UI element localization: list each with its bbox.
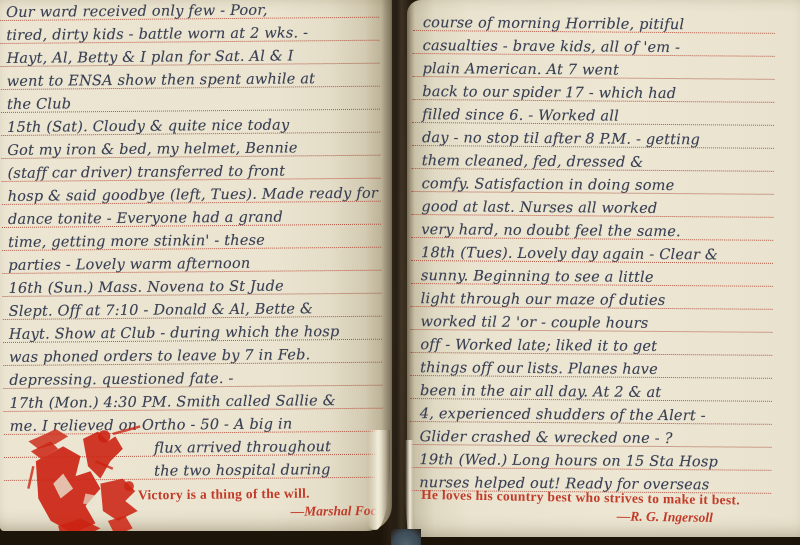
ruled-line-row: hosp & said goodbye (left, Tues). Made r… xyxy=(2,179,381,205)
ruled-line-row: the Club xyxy=(1,87,380,113)
ruled-line-row: 4, experienced shudders of the Alert - xyxy=(410,399,772,425)
handwriting-text: 18th (Tues). Lovely day again - Clear & xyxy=(421,246,718,263)
battle-scene-stamp-icon xyxy=(24,424,152,531)
ruled-line-row: very hard, no doubt feel the same. xyxy=(411,215,773,241)
handwriting-text: Hayt, Al, Betty & I plan for Sat. Al & I xyxy=(6,49,293,66)
right-quote-attribution: —R. G. Ingersoll xyxy=(421,505,773,527)
ruled-line-row: back to our spider 17 - which had xyxy=(412,77,774,103)
ruled-line-row: been in the air all day. At 2 & at xyxy=(410,376,772,402)
ruled-line-row: them cleaned, fed, dressed & xyxy=(412,146,774,172)
handwriting-text: back to our spider 17 - which had xyxy=(422,85,676,101)
handwriting-text: Glider crashed & wrecked one - ? xyxy=(420,430,673,446)
handwriting-text: dance tonite - Everyone had a grand xyxy=(8,210,283,227)
ruled-line-row: 19th (Wed.) Long hours on 15 Sta Hosp xyxy=(409,445,771,471)
handwriting-text: plain American. At 7 went xyxy=(422,62,619,78)
handwriting-text: very hard, no doubt feel the same. xyxy=(421,223,681,240)
table-surface-gap xyxy=(391,529,421,545)
ruled-line-row: Hayt, Al, Betty & I plan for Sat. Al & I xyxy=(0,41,379,67)
left-page-ruled-lines: Our ward received only few - Poor,tired,… xyxy=(0,0,383,481)
handwriting-text: (staff car driver) transferred to front xyxy=(7,164,285,181)
left-page-quote: Victory is a thing of the will. —Marshal… xyxy=(138,485,392,522)
left-quote-text: Victory is a thing of the will. xyxy=(138,485,392,504)
handwriting-text: 19th (Wed.) Long hours on 15 Sta Hosp xyxy=(419,453,718,470)
ruled-line-row: off - Worked late; liked it to get xyxy=(410,330,772,356)
handwriting-text: comfy. Satisfaction in doing some xyxy=(422,177,675,193)
handwriting-text: depressing. questioned fate. - xyxy=(9,371,233,387)
ruled-line-row: was phoned orders to leave by 7 in Feb. xyxy=(3,340,382,366)
handwriting-text: light through our maze of duties xyxy=(421,292,666,308)
ruled-line-row: depressing. questioned fate. - xyxy=(3,363,382,389)
ruled-line-row: 17th (Mon.) 4:30 PM. Smith called Sallie… xyxy=(3,386,382,412)
right-page-ruled-lines: course of morning Horrible, pitifulcasua… xyxy=(409,8,775,494)
left-page: Our ward received only few - Poor,tired,… xyxy=(0,0,392,531)
handwriting-text: 15th (Sat). Cloudy & quite nice today xyxy=(7,118,289,135)
handwriting-text: 17th (Mon.) 4:30 PM. Smith called Sallie… xyxy=(9,394,335,411)
handwriting-text: 16th (Sun.) Mass. Novena to St Jude xyxy=(8,279,283,296)
handwriting-text: Hayt. Show at Club - during which the ho… xyxy=(9,325,340,342)
handwriting-text: the two hospital during xyxy=(154,463,331,479)
ruled-line-row: filled since 6. - Worked all xyxy=(412,100,774,126)
ruled-line-row: casualties - brave kids, all of 'em - xyxy=(413,31,775,57)
ruled-line-row: course of morning Horrible, pitiful xyxy=(413,8,775,34)
handwriting-text: day - no stop til after 8 P.M. - getting xyxy=(422,131,700,148)
right-page-curl-edge xyxy=(405,440,414,537)
handwriting-text: Slept. Off at 7:10 - Donald & Al, Bette … xyxy=(9,302,313,319)
ruled-line-row: Glider crashed & wrecked one - ? xyxy=(410,422,772,448)
handwriting-text: time, getting more stinkin' - these xyxy=(8,233,265,250)
right-page-quote: He loves his country best who strives to… xyxy=(421,487,774,527)
ruled-line-row: day - no stop til after 8 P.M. - getting xyxy=(412,123,774,149)
right-page: course of morning Horrible, pitifulcasua… xyxy=(407,0,800,537)
left-quote-attribution: —Marshal Foch xyxy=(138,503,392,522)
handwriting-text: flux arrived throughout xyxy=(154,440,331,456)
ruled-line-row: worked til 2 'or - couple hours xyxy=(410,307,772,333)
handwriting-text: 4, experienced shudders of the Alert - xyxy=(420,407,706,424)
ruled-line-row: Slept. Off at 7:10 - Donald & Al, Bette … xyxy=(3,294,382,320)
ruled-line-row: went to ENSA show then spent awhile at xyxy=(1,64,380,90)
handwriting-text: was phoned orders to leave by 7 in Feb. xyxy=(9,348,310,365)
handwriting-text: casualties - brave kids, all of 'em - xyxy=(423,39,681,56)
handwriting-text: worked til 2 'or - couple hours xyxy=(420,315,648,331)
handwriting-text: them cleaned, fed, dressed & xyxy=(422,154,644,170)
handwriting-text: the Club xyxy=(7,97,71,112)
diary-open-book: Our ward received only few - Poor,tired,… xyxy=(0,0,800,545)
handwriting-text: good at last. Nurses all worked xyxy=(421,200,657,216)
ruled-line-row: parties - Lovely warm afternoon xyxy=(2,248,381,274)
ruled-line-row: time, getting more stinkin' - these xyxy=(2,225,381,251)
ruled-line-row: 15th (Sat). Cloudy & quite nice today xyxy=(1,110,380,136)
ruled-line-row: sunny. Beginning to see a little xyxy=(411,261,773,287)
ruled-line-row: Hayt. Show at Club - during which the ho… xyxy=(3,317,382,343)
ruled-line-row: dance tonite - Everyone had a grand xyxy=(2,202,381,228)
handwriting-text: been in the air all day. At 2 & at xyxy=(420,384,661,400)
handwriting-text: course of morning Horrible, pitiful xyxy=(423,16,685,33)
ruled-line-row: Got my iron & bed, my helmet, Bennie xyxy=(1,133,380,159)
ruled-line-row: (staff car driver) transferred to front xyxy=(1,156,380,182)
ruled-line-row: tired, dirty kids - battle worn at 2 wks… xyxy=(0,18,379,44)
ruled-line-row: 16th (Sun.) Mass. Novena to St Jude xyxy=(2,271,381,297)
ruled-line-row: things off our lists. Planes have xyxy=(410,353,772,379)
ruled-line-row: plain American. At 7 went xyxy=(412,54,774,80)
handwriting-text: went to ENSA show then spent awhile at xyxy=(7,72,316,89)
handwriting-text: tired, dirty kids - battle worn at 2 wks… xyxy=(6,26,308,43)
ruled-line-row: comfy. Satisfaction in doing some xyxy=(412,169,774,195)
handwriting-text: things off our lists. Planes have xyxy=(420,361,658,377)
ruled-line-row: 18th (Tues). Lovely day again - Clear & xyxy=(411,238,773,264)
handwriting-text: parties - Lovely warm afternoon xyxy=(8,256,250,273)
handwriting-text: filled since 6. - Worked all xyxy=(422,108,619,124)
ruled-line-row: light through our maze of duties xyxy=(411,284,773,310)
handwriting-text: sunny. Beginning to see a little xyxy=(421,269,654,285)
handwriting-text: Our ward received only few - Poor, xyxy=(6,3,268,20)
handwriting-text: off - Worked late; liked it to get xyxy=(420,338,657,354)
ruled-line-row: good at last. Nurses all worked xyxy=(411,192,773,218)
handwriting-text: Got my iron & bed, my helmet, Bennie xyxy=(7,141,297,158)
